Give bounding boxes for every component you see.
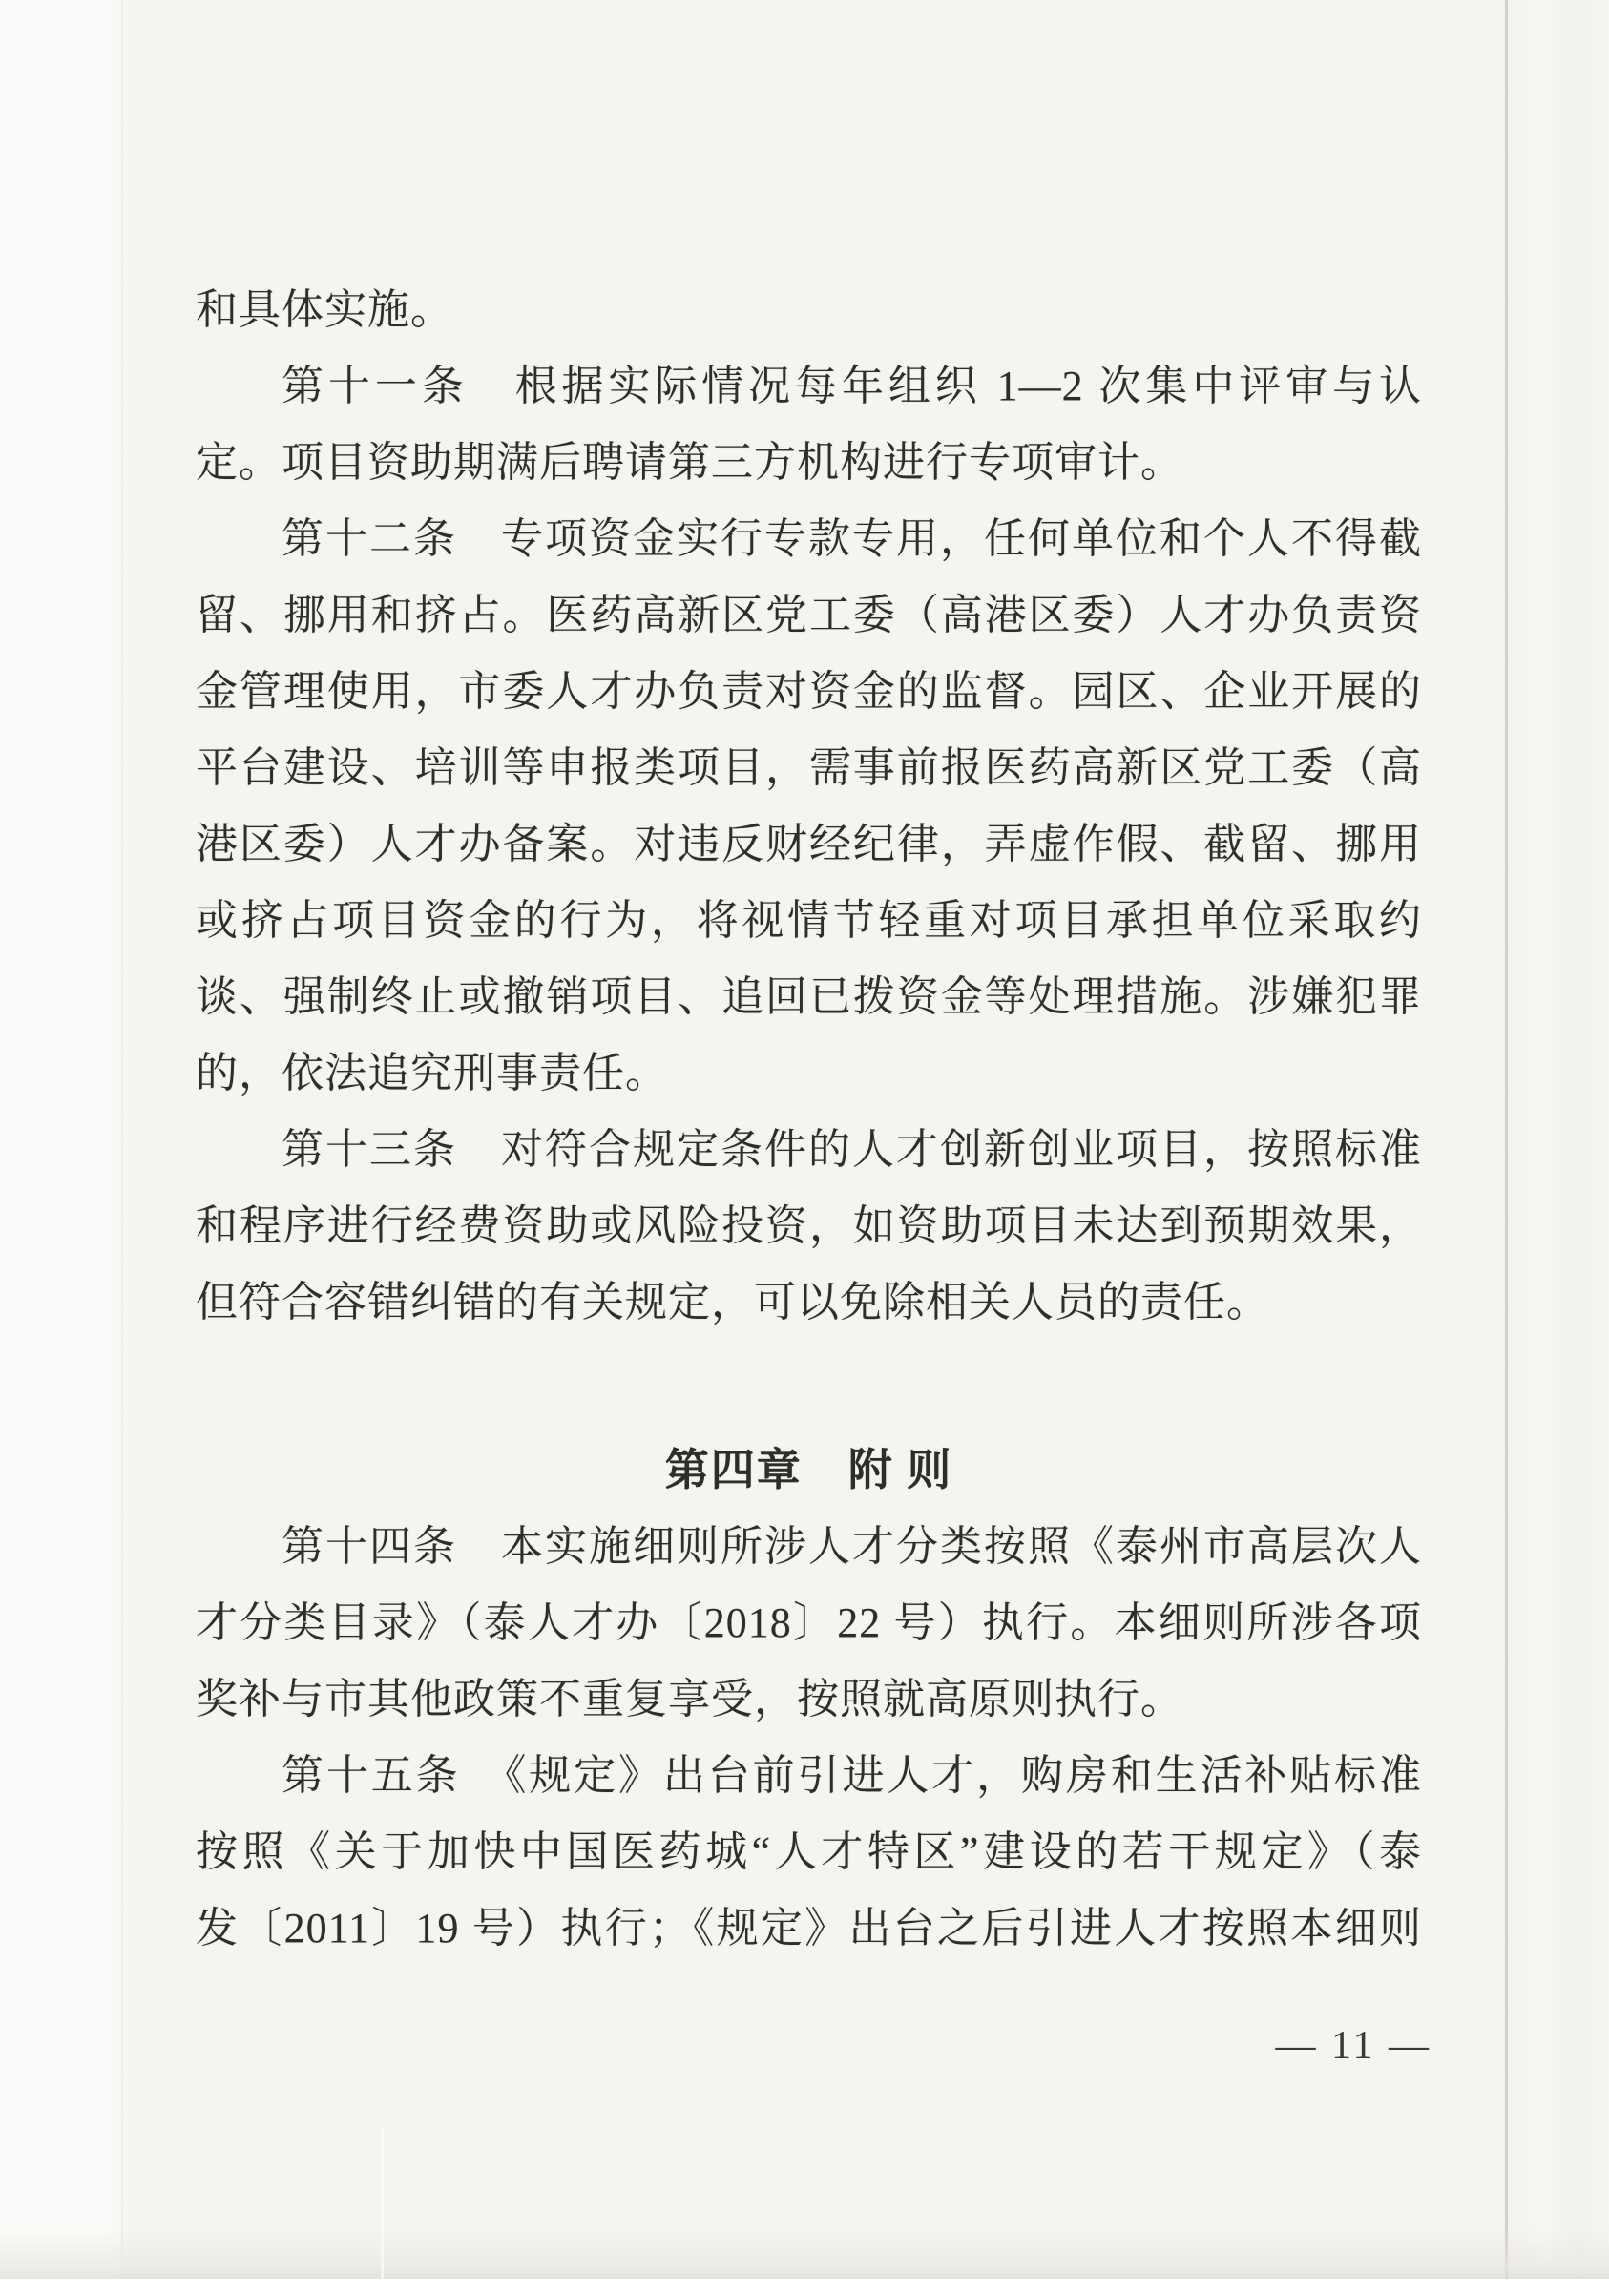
body-text-line: 和具体实施。 <box>196 272 1422 348</box>
scan-left-edge-band <box>0 0 134 2296</box>
body-text-line: 第十三条 对符合规定条件的人才创新创业项目，按照标准 <box>196 1112 1422 1188</box>
body-text-line: 第十五条 《规定》出台前引进人才，购房和生活补贴标准 <box>196 1738 1422 1814</box>
body-text-line: 留、挪用和挤占。医药高新区党工委（高港区委）人才办负责资 <box>196 577 1422 654</box>
body-text-line: 谈、强制终止或撤销项目、追回已拨资金等处理措施。涉嫌犯罪 <box>196 959 1422 1035</box>
scan-right-edge-band <box>1508 0 1609 2296</box>
body-text-line: 按照《关于加快中国医药城“人才特区”建设的若干规定》（泰 <box>196 1814 1422 1890</box>
document-text-block: 和具体实施。 第十一条 根据实际情况每年组织 1—2 次集中评审与认 定。项目资… <box>196 272 1422 1967</box>
body-text-line: 和程序进行经费资助或风险投资，如资助项目未达到预期效果， <box>196 1188 1422 1264</box>
body-text-line: 平台建设、培训等申报类项目，需事前报医药高新区党工委（高 <box>196 730 1422 806</box>
body-text-line: 金管理使用，市委人才办负责对资金的监督。园区、企业开展的 <box>196 654 1422 730</box>
body-text-line: 第十一条 根据实际情况每年组织 1—2 次集中评审与认 <box>196 348 1422 425</box>
scan-crease-line <box>1505 0 1508 2296</box>
body-text-line: 港区委）人才办备案。对违反财经纪律，弄虚作假、截留、挪用 <box>196 806 1422 883</box>
body-text-line: 定。项目资助期满后聘请第三方机构进行专项审计。 <box>196 425 1422 501</box>
body-text-line: 奖补与市其他政策不重复享受，按照就高原则执行。 <box>196 1661 1422 1738</box>
page-number: — 11 — <box>1276 2021 1431 2071</box>
scan-bottom-shade <box>0 2229 1609 2279</box>
scan-bottom-streak <box>381 2128 384 2296</box>
scan-left-edge-line <box>121 0 123 2296</box>
body-text-line: 或挤占项目资金的行为，将视情节轻重对项目承担单位采取约 <box>196 883 1422 959</box>
body-text-line: 发〔2011〕19 号）执行；《规定》出台之后引进人才按照本细则 <box>196 1890 1422 1967</box>
chapter-heading: 第四章 附 则 <box>196 1432 1422 1509</box>
body-text-line: 的，依法追究刑事责任。 <box>196 1035 1422 1112</box>
scanned-document-page: 和具体实施。 第十一条 根据实际情况每年组织 1—2 次集中评审与认 定。项目资… <box>0 0 1609 2296</box>
body-text-line: 但符合容错纠错的有关规定，可以免除相关人员的责任。 <box>196 1264 1422 1341</box>
scan-bottom-edge <box>0 2279 1609 2296</box>
body-text-line: 才分类目录》（泰人才办〔2018〕22 号）执行。本细则所涉各项 <box>196 1585 1422 1661</box>
body-text-line: 第十四条 本实施细则所涉人才分类按照《泰州市高层次人 <box>196 1509 1422 1585</box>
body-text-line: 第十二条 专项资金实行专款专用，任何单位和个人不得截 <box>196 501 1422 577</box>
